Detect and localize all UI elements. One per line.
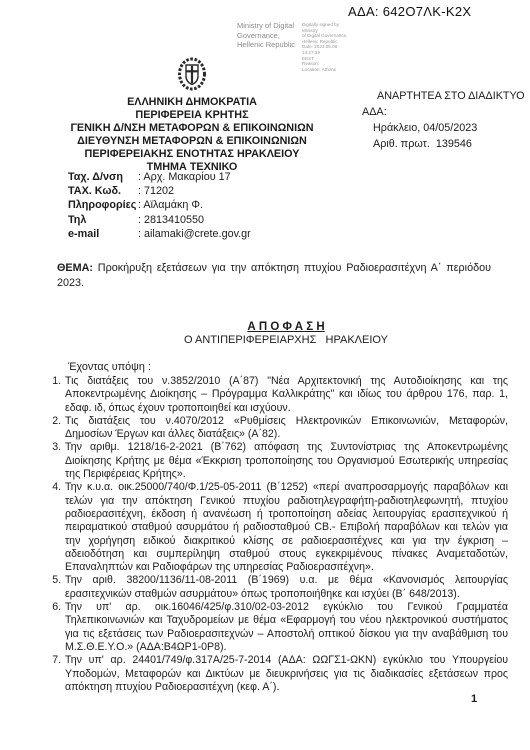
contact-info: Ταχ. Δ/νση : Αρχ. Μακαρίου 17 ΤΑΧ. Κωδ. … bbox=[68, 170, 251, 241]
legal-references-list: Τις διατάξεις του ν.3852/2010 (Α΄87) "Νέ… bbox=[47, 375, 508, 694]
subject-label: ΘΕΜΑ: bbox=[57, 262, 93, 274]
signature-signer-line: Governance, bbox=[237, 31, 297, 41]
ada-label: ΑΔΑ: bbox=[362, 104, 525, 120]
legal-reference-item: Την υπ' αρ. οικ.16046/425/φ.310/02-03-20… bbox=[64, 601, 508, 654]
ada-code: ΑΔΑ: 642Ο7ΛΚ-Κ2Χ bbox=[348, 4, 471, 19]
legal-reference-item: Τις διατάξεις του ν.4070/2012 «Ρυθμίσεις… bbox=[64, 415, 508, 442]
subject-paragraph: ΘΕΜΑ: Προκήρυξη εξετάσεων για την απόκτη… bbox=[57, 261, 491, 290]
legal-reference-item: Την κ.υ.α. οικ.25000/740/Φ.1/25-05-2011 … bbox=[64, 481, 508, 574]
legal-reference-item: Τις διατάξεις του ν.3852/2010 (Α΄87) "Νέ… bbox=[64, 375, 508, 415]
contact-row: Πληροφορίες : Αϊλαμάκη Φ. bbox=[68, 198, 251, 212]
signature-detail-line: of Digital Governance, bbox=[302, 33, 350, 39]
contact-value: : 2813410550 bbox=[138, 213, 204, 227]
letterhead: ΕΛΛΗΝΙΚΗ ΔΗΜΟΚΡΑΤΙΑΠΕΡΙΦΕΡΕΙΑ ΚΡΗΤΗΣΓΕΝΙ… bbox=[40, 57, 344, 174]
letterhead-line: ΕΛΛΗΝΙΚΗ ΔΗΜΟΚΡΑΤΙΑ bbox=[40, 96, 344, 109]
subject-text: Προκήρυξη εξετάσεων για την απόκτηση πτυ… bbox=[57, 262, 491, 289]
signature-signer-line: Hellenic Republic bbox=[237, 40, 297, 50]
signature-detail-line: Digitally signed by Ministry bbox=[302, 22, 350, 33]
document-page: ΑΔΑ: 642Ο7ΛΚ-Κ2Χ Ministry of DigitalGove… bbox=[0, 0, 530, 750]
protocol-number: Αριθ. πρωτ. 139546 bbox=[362, 136, 525, 152]
contact-value: : Αρχ. Μακαρίου 17 bbox=[138, 170, 231, 184]
having-regard-label: Έχοντας υπόψη : bbox=[68, 361, 151, 373]
letterhead-line: ΔΙΕΥΘΥΝΣΗ ΜΕΤΑΦΟΡΩΝ & ΕΠΙΚΟΙΝΩΝΙΩΝ bbox=[40, 135, 344, 148]
header-right-block: ΑΝΑΡΤΗΤΕΑ ΣΤΟ ΔΙΑΔΙΚΤΥΟ ΑΔΑ: Ηράκλειο, 0… bbox=[362, 88, 525, 152]
decision-subtitle: Ο ΑΝΤΙΠΕΡΙΦΕΡΕΙΑΡΧΗΣ ΗΡΑΚΛΕΙΟΥ bbox=[60, 334, 512, 346]
signature-detail-line: Date: 2023.05.08 13:27:39 bbox=[302, 44, 350, 55]
contact-row: Τηλ : 2813410550 bbox=[68, 213, 251, 227]
contact-label: Ταχ. Δ/νση bbox=[68, 170, 138, 184]
legal-reference-item: Την αριθ. 38200/1136/11-08-2011 (Β΄1969)… bbox=[64, 574, 508, 601]
contact-row: ΤΑΧ. Κωδ. : 71202 bbox=[68, 184, 251, 198]
letterhead-line: ΠΕΡΙΦΕΡΕΙΑ ΚΡΗΤΗΣ bbox=[40, 109, 344, 122]
legal-reference-item: Την υπ' αρ. 24401/749/φ.317Α/25-7-2014 (… bbox=[64, 654, 508, 694]
contact-row: Ταχ. Δ/νση : Αρχ. Μακαρίου 17 bbox=[68, 170, 251, 184]
contact-label: e-mail bbox=[68, 227, 138, 241]
place-date: Ηράκλειο, 04/05/2023 bbox=[362, 120, 525, 136]
contact-value: : ailamaki@crete.gov.gr bbox=[138, 227, 251, 241]
page-number: 1 bbox=[471, 693, 477, 705]
greek-emblem-icon bbox=[176, 57, 208, 93]
contact-label: ΤΑΧ. Κωδ. bbox=[68, 184, 138, 198]
contact-label: Πληροφορίες bbox=[68, 198, 138, 212]
letterhead-lines: ΕΛΛΗΝΙΚΗ ΔΗΜΟΚΡΑΤΙΑΠΕΡΙΦΕΡΕΙΑ ΚΡΗΤΗΣΓΕΝΙ… bbox=[40, 96, 344, 174]
contact-row: e-mail : ailamaki@crete.gov.gr bbox=[68, 227, 251, 241]
publish-notice: ΑΝΑΡΤΗΤΕΑ ΣΤΟ ΔΙΑΔΙΚΤΥΟ bbox=[362, 88, 525, 104]
letterhead-line: ΓΕΝΙΚΗ Δ/ΝΣΗ ΜΕΤΑΦΟΡΩΝ & ΕΠΙΚΟΙΝΩΝΙΩΝ bbox=[40, 122, 344, 135]
contact-value: : Αϊλαμάκη Φ. bbox=[138, 198, 203, 212]
decision-title: Α Π Ο Φ Α Σ Η bbox=[60, 321, 512, 333]
contact-value: : 71202 bbox=[138, 184, 174, 198]
contact-label: Τηλ bbox=[68, 213, 138, 227]
legal-reference-item: Την αριθμ. 1218/16-2-2021 (Β΄762) απόφασ… bbox=[64, 441, 508, 481]
signature-signer-line: Ministry of Digital bbox=[237, 21, 297, 31]
decision-heading: Α Π Ο Φ Α Σ Η Ο ΑΝΤΙΠΕΡΙΦΕΡΕΙΑΡΧΗΣ ΗΡΑΚΛ… bbox=[60, 321, 512, 346]
letterhead-line: ΠΕΡΙΦΕΡΕΙΑΚΗΣ ΕΝΟΤΗΤΑΣ ΗΡΑΚΛΕΙΟΥ bbox=[40, 148, 344, 161]
